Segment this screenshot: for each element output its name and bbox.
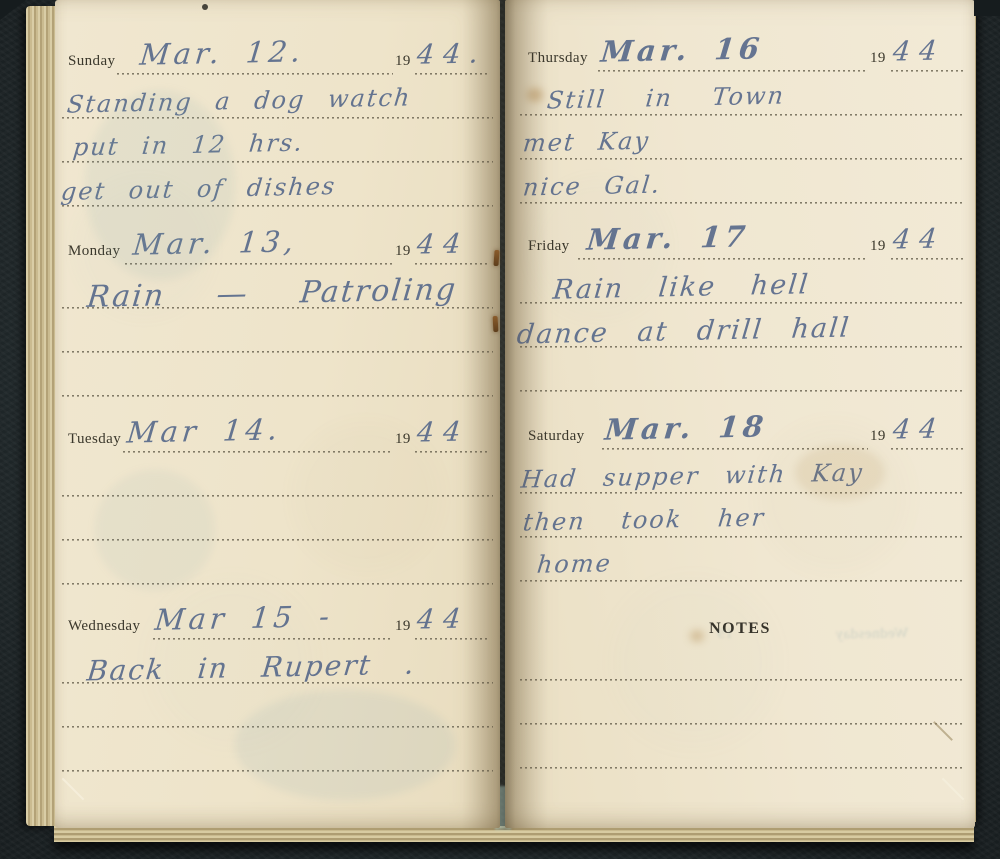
ruled-line xyxy=(520,580,965,582)
year-printed: 19 xyxy=(870,239,886,254)
date-handwritten: Mar. 18 xyxy=(604,412,769,444)
notes-ruled-line xyxy=(520,723,965,725)
ruled-line xyxy=(62,161,493,163)
ruled-line xyxy=(62,495,493,497)
date-handwritten: Mar. 17 xyxy=(586,222,751,254)
day-label: Wednesday xyxy=(68,619,140,634)
year-handwritten: 44 xyxy=(416,230,471,258)
year-handwritten: 44 xyxy=(892,225,947,253)
day-label: Friday xyxy=(528,239,570,254)
date-rule xyxy=(123,451,393,453)
entry-line: Back in Rupert . xyxy=(86,651,418,686)
year-printed: 19 xyxy=(870,51,886,66)
ruled-line xyxy=(62,726,493,728)
year-rule xyxy=(415,73,490,75)
notes-ruled-line xyxy=(520,767,965,769)
ruled-line xyxy=(520,492,965,494)
date-rule xyxy=(602,448,868,450)
date-handwritten: Mar 15 - xyxy=(154,602,335,635)
diary-scan: { "left_page": { "entries": [ {"day":"Su… xyxy=(0,0,1000,859)
entry-line: met Kay xyxy=(522,129,651,156)
date-handwritten: Mar. 12. xyxy=(139,37,306,70)
entry-saturday: Saturday Mar. 18 19 44 Had supper with K… xyxy=(505,420,975,612)
day-label: Tuesday xyxy=(68,432,121,447)
entry-line: then took her xyxy=(522,505,767,534)
entry-monday: Monday Mar. 13, 19 44 Rain — Patroling xyxy=(55,235,500,427)
entry-line: Still in Town xyxy=(546,83,787,112)
ruled-line xyxy=(62,583,493,585)
ruled-line xyxy=(520,202,965,204)
ghost-bleedthrough-day: Wednesday xyxy=(835,625,909,643)
diary-left-page: Sunday Mar. 12. 19 44. Standing a dog wa… xyxy=(55,0,500,828)
year-printed: 19 xyxy=(395,244,411,259)
ruled-line xyxy=(520,158,965,160)
entry-line: home xyxy=(536,551,613,577)
ruled-line xyxy=(62,539,493,541)
year-handwritten: 44 xyxy=(892,415,947,443)
ruled-line xyxy=(520,390,965,392)
year-handwritten: 44. xyxy=(416,40,489,69)
year-rule xyxy=(415,638,490,640)
entry-line: Rain like hell xyxy=(552,271,811,303)
year-rule xyxy=(415,451,490,453)
date-rule xyxy=(117,73,393,75)
ruled-line xyxy=(62,351,493,353)
date-handwritten: Mar. 16 xyxy=(600,34,765,66)
entry-line: get out of dishes xyxy=(60,174,338,204)
page-edge-stack-bottom xyxy=(54,826,974,842)
day-label: Sunday xyxy=(68,54,115,69)
year-printed: 19 xyxy=(395,54,411,69)
entry-thursday: Thursday Mar. 16 19 44 Still in Town met… xyxy=(505,42,975,234)
ruled-line xyxy=(520,536,965,538)
notes-ruled-line xyxy=(520,679,965,681)
entry-wednesday: Wednesday Mar 15 - 19 44 Back in Rupert … xyxy=(55,610,500,802)
year-rule xyxy=(891,70,963,72)
date-rule xyxy=(153,638,393,640)
entry-line: dance at drill hall xyxy=(516,314,852,348)
ruled-line xyxy=(62,205,493,207)
day-label: Thursday xyxy=(528,51,588,66)
year-handwritten: 44 xyxy=(416,605,471,633)
year-rule xyxy=(415,263,490,265)
page-edge-stack-left xyxy=(26,6,56,826)
year-printed: 19 xyxy=(395,619,411,634)
year-rule xyxy=(891,258,963,260)
entry-line: Rain — Patroling xyxy=(86,275,459,313)
ruled-line xyxy=(62,770,493,772)
date-rule xyxy=(125,263,393,265)
ghost-bleedthrough-year: 19 xyxy=(717,626,733,643)
year-printed: 19 xyxy=(870,429,886,444)
entry-line: nice Gal. xyxy=(522,173,663,200)
date-handwritten: Mar 14. xyxy=(126,415,283,447)
year-printed: 19 xyxy=(395,432,411,447)
year-handwritten: 44 xyxy=(416,418,471,446)
entry-line: Had supper with Kay xyxy=(520,460,865,491)
entry-line: put in 12 hrs. xyxy=(72,131,305,160)
cover-corner-topright xyxy=(974,0,1000,16)
entry-line: Standing a dog watch xyxy=(66,85,413,116)
year-rule xyxy=(891,448,963,450)
ruled-line xyxy=(520,114,965,116)
ruled-line xyxy=(62,395,493,397)
entry-friday: Friday Mar. 17 19 44 Rain like hell danc… xyxy=(505,230,975,422)
entry-sunday: Sunday Mar. 12. 19 44. Standing a dog wa… xyxy=(55,45,500,237)
date-rule xyxy=(578,258,868,260)
staple-bottom xyxy=(493,316,499,332)
day-label: Monday xyxy=(68,244,120,259)
year-handwritten: 44 xyxy=(892,37,947,65)
date-rule xyxy=(598,70,868,72)
entry-tuesday: Tuesday Mar 14. 19 44 xyxy=(55,423,500,615)
day-label: Saturday xyxy=(528,429,585,444)
date-handwritten: Mar. 13, xyxy=(132,227,299,260)
diary-right-page: Thursday Mar. 16 19 44 Still in Town met… xyxy=(505,0,975,828)
